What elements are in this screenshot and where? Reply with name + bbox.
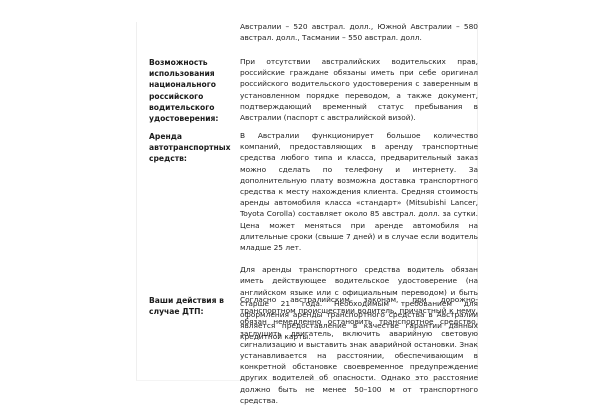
row-label: Аренда автотранспортных средств:	[149, 131, 241, 165]
row-label: Ваши действия в случае ДТП:	[149, 295, 241, 317]
row-value: При отсутствии австралийских водительски…	[240, 56, 478, 123]
row-label: Возможность использования национального …	[149, 57, 241, 124]
paragraph: При отсутствии австралийских водительски…	[240, 56, 478, 123]
paragraph: Австралии – 520 австрал. долл., Южной Ав…	[240, 21, 478, 43]
document-page: Австралии – 520 австрал. долл., Южной Ав…	[136, 22, 478, 381]
row-value: Австралии – 520 австрал. долл., Южной Ав…	[240, 21, 478, 43]
paragraph: В Австралии функционирует большое количе…	[240, 130, 478, 253]
paragraph: Согласно австралийским законам, при доро…	[240, 294, 478, 406]
row-value: Согласно австралийским законам, при доро…	[240, 294, 478, 406]
